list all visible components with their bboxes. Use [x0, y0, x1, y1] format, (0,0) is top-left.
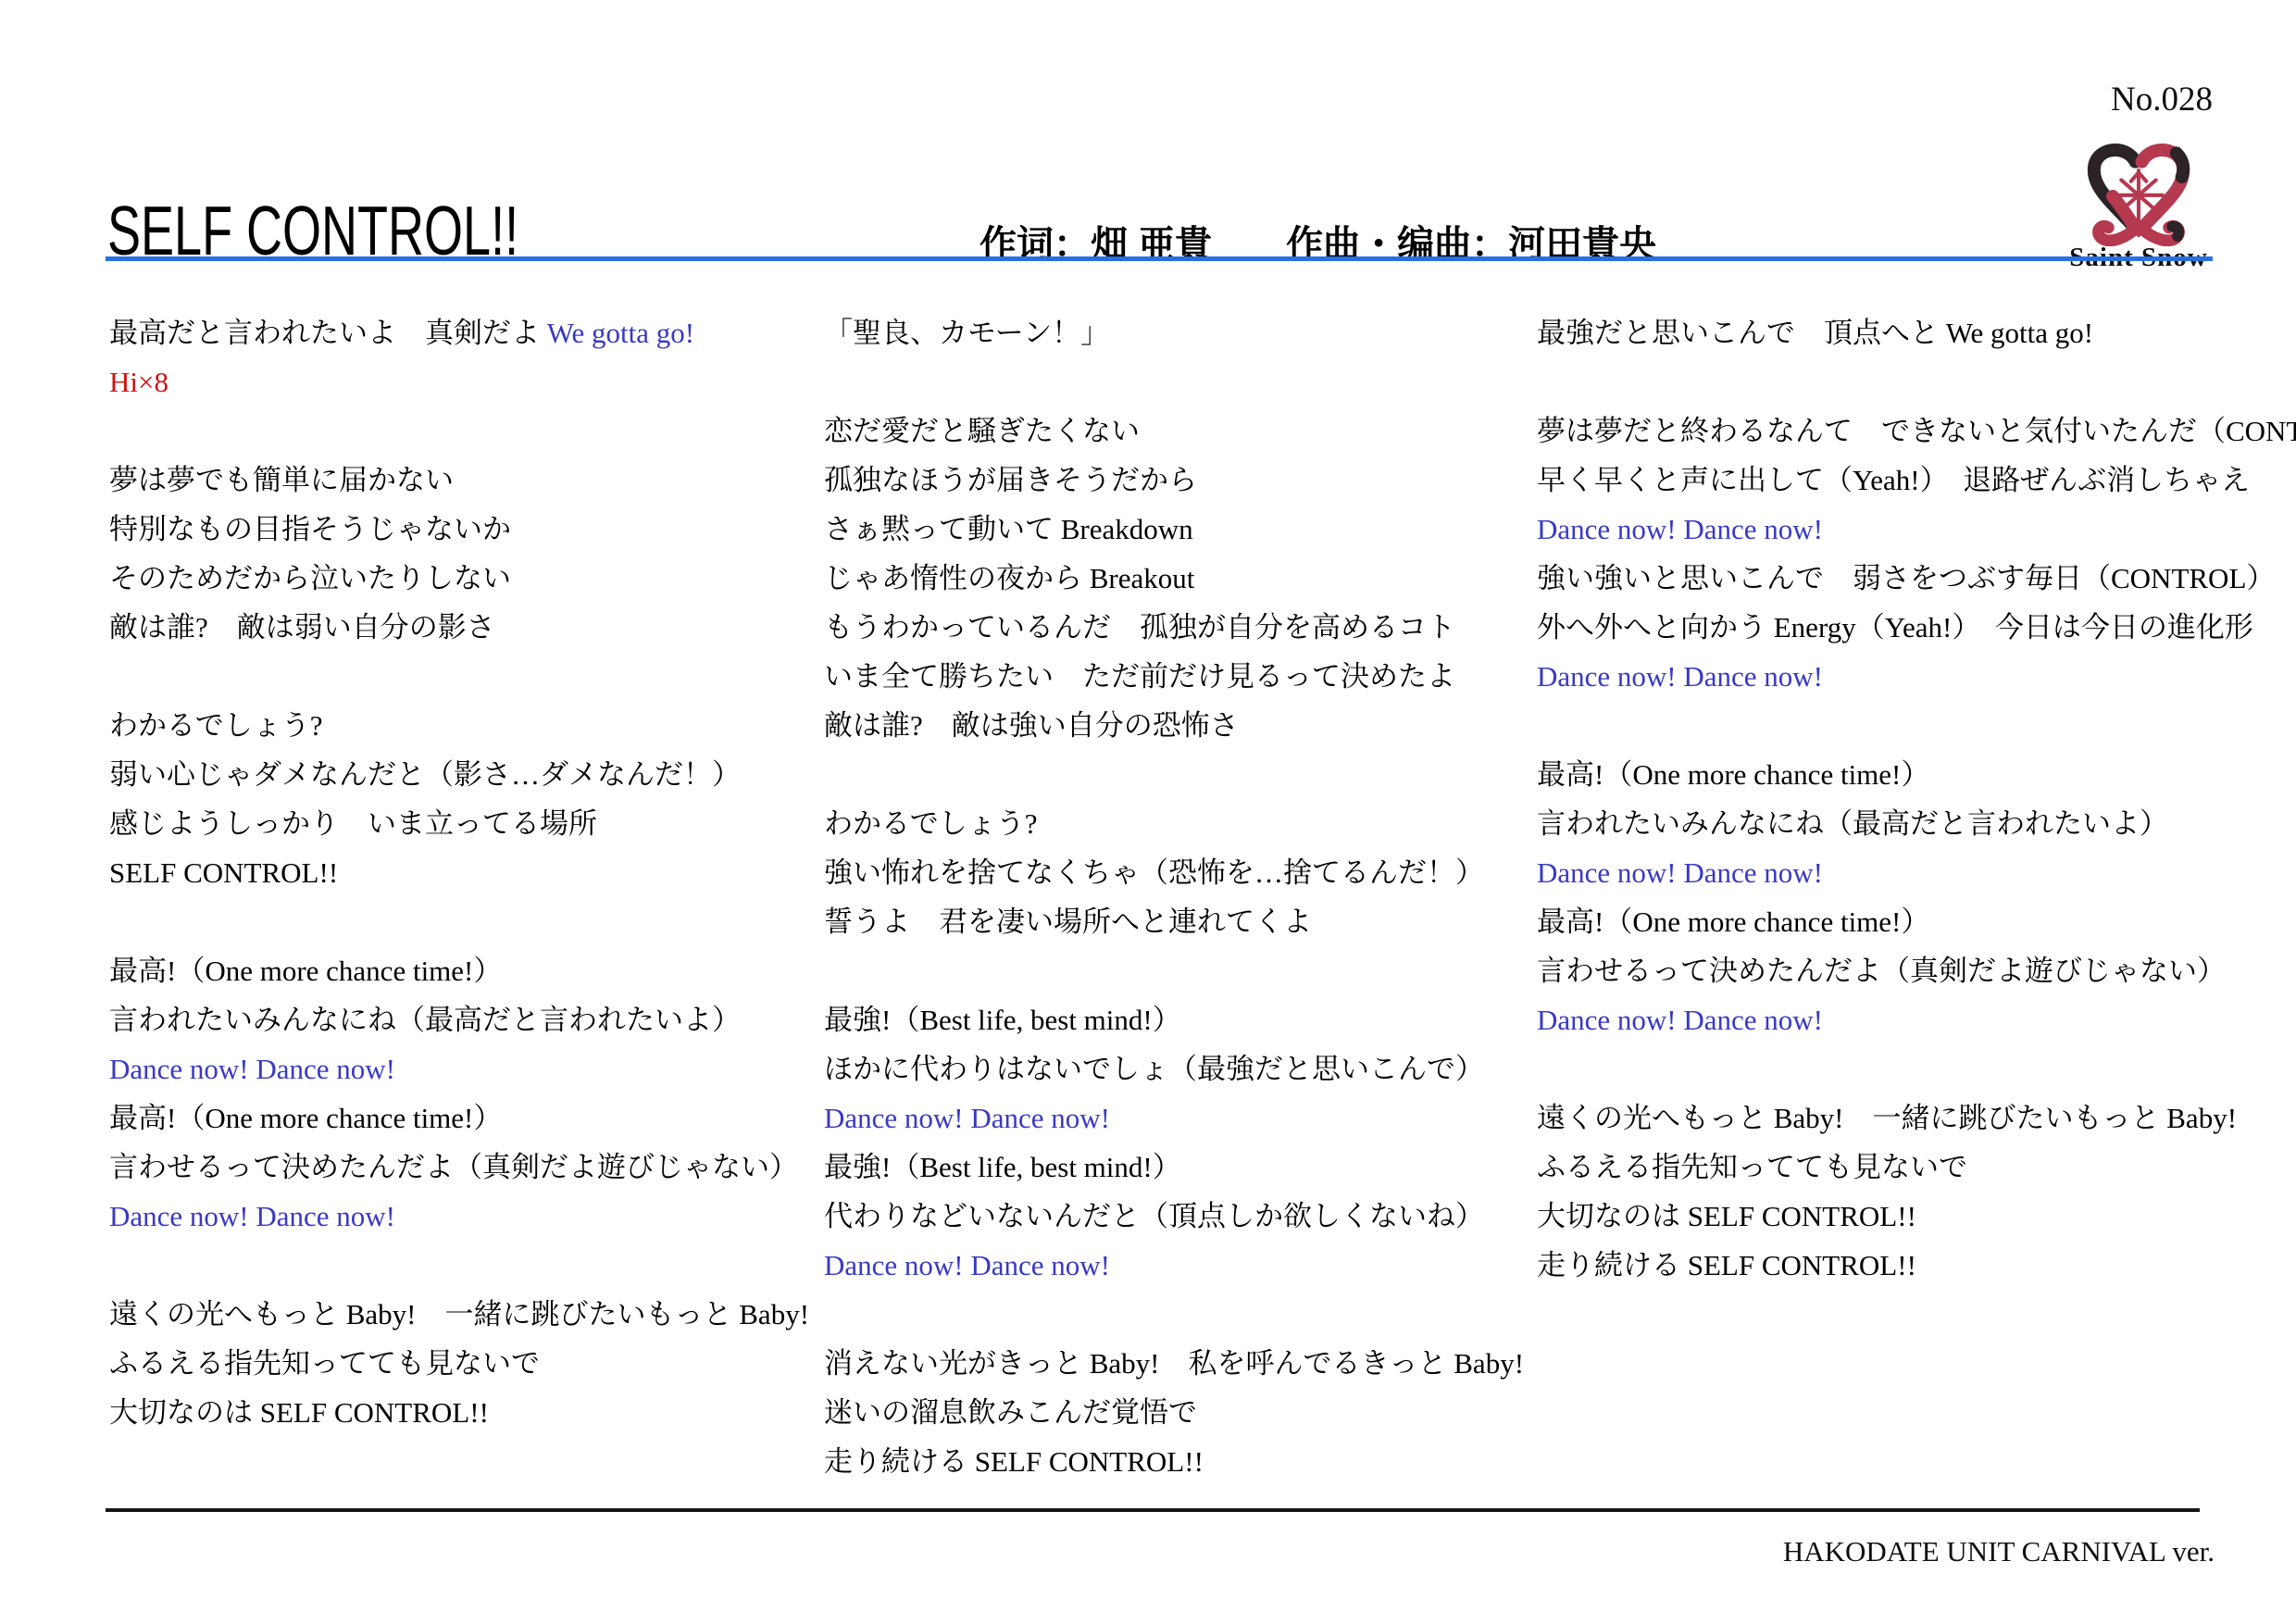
lyric-line-blank	[109, 652, 809, 701]
lyric-segment: 早く早くと声に出して（Yeah!） 退路ぜんぶ消しちゃえ	[1537, 464, 2250, 496]
lyric-line: 走り続ける SELF CONTROL!!	[1537, 1241, 2296, 1290]
lyric-segment: 言われたいみんなにね（最高だと言われたいよ）	[1537, 807, 2168, 840]
title-rule	[106, 256, 2213, 261]
lyrics-column-1: 最高だと言われたいよ 真剣だよ We gotta go!Hi×8夢は夢でも簡単に…	[109, 308, 809, 1437]
lyric-segment: 恋だ愛だと騒ぎたくない	[824, 415, 1140, 447]
lyric-segment: Dance now! Dance now!	[109, 1053, 395, 1085]
lyric-line: 「聖良、カモーン！」	[824, 308, 1524, 357]
lyric-line: 言われたいみんなにね（最高だと言われたいよ）	[109, 995, 809, 1044]
lyric-line: 遠くの光へもっと Baby! 一緒に跳びたいもっと Baby!	[109, 1290, 809, 1339]
lyric-segment: わかるでしょう?	[824, 807, 1037, 840]
lyric-line: 強い怖れを捨てなくちゃ（恐怖を…捨てるんだ！）	[824, 848, 1524, 897]
lyric-line: 迷いの溜息飲みこんだ覚悟で	[824, 1388, 1524, 1437]
lyric-segment: そのためだから泣いたりしない	[109, 562, 511, 594]
lyric-line: 強い強いと思いこんで 弱さをつぶす毎日（CONTROL）	[1537, 554, 2296, 603]
lyric-line: 最高!（One more chance time!）	[1537, 897, 2296, 946]
lyric-line: 最高!（One more chance time!）	[1537, 750, 2296, 799]
lyric-segment: 最高だと言われたいよ 真剣だよ	[109, 317, 547, 349]
lyric-line: Dance now! Dance now!	[1537, 995, 2296, 1044]
lyric-segment: 最高!（One more chance time!）	[109, 955, 502, 987]
lyric-line: わかるでしょう?	[824, 799, 1524, 848]
lyric-line-blank	[1537, 357, 2296, 406]
lyric-segment: Dance now! Dance now!	[1537, 1004, 1823, 1036]
lyric-segment: 感じようしっかり いま立ってる場所	[109, 807, 597, 840]
lyric-segment: ふるえる指先知ってても見ないで	[1537, 1151, 1967, 1183]
lyric-line: 夢は夢でも簡単に届かない	[109, 456, 809, 505]
lyric-segment: 最強!（Best life, best mind!）	[824, 1004, 1181, 1036]
lyric-line: 恋だ愛だと騒ぎたくない	[824, 406, 1524, 456]
lyric-line: Dance now! Dance now!	[824, 1093, 1524, 1143]
lyric-line-blank	[109, 406, 809, 456]
lyric-line-blank	[824, 1290, 1524, 1339]
lyrics-column-3: 最強だと思いこんで 頂点へと We gotta go!夢は夢だと終わるなんて で…	[1537, 308, 2296, 1290]
lyric-segment: 言われたいみんなにね（最高だと言われたいよ）	[109, 1004, 741, 1036]
lyric-line: 感じようしっかり いま立ってる場所	[109, 799, 809, 848]
lyric-segment: 最高!（One more chance time!）	[1537, 906, 1929, 938]
lyric-line: Dance now! Dance now!	[824, 1241, 1524, 1290]
lyric-segment: 強い怖れを捨てなくちゃ（恐怖を…捨てるんだ！）	[824, 856, 1484, 889]
lyric-line: もうわかっているんだ 孤独が自分を高めるコト	[824, 603, 1524, 652]
lyric-line: 言われたいみんなにね（最高だと言われたいよ）	[1537, 799, 2296, 848]
lyric-segment: Hi×8	[109, 366, 168, 398]
lyric-line: 特別なもの目指そうじゃないか	[109, 505, 809, 554]
lyric-line: 消えない光がきっと Baby! 私を呼んでるきっと Baby!	[824, 1339, 1524, 1388]
lyric-line: 敵は誰? 敵は弱い自分の影さ	[109, 603, 809, 652]
lyric-line: 代わりなどいないんだと（頂点しか欲しくないね）	[824, 1192, 1524, 1241]
lyric-line: 遠くの光へもっと Baby! 一緒に跳びたいもっと Baby!	[1537, 1093, 2296, 1143]
lyric-line: いま全て勝ちたい ただ前だけ見るって決めたよ	[824, 652, 1524, 701]
lyric-line: 最高!（One more chance time!）	[109, 1093, 809, 1143]
lyric-segment: 最強だと思いこんで 頂点へと We gotta go!	[1537, 317, 2093, 349]
footer-rule	[106, 1508, 2200, 1512]
lyric-segment: We gotta go!	[547, 317, 694, 349]
lyric-line: SELF CONTROL!!	[109, 848, 809, 897]
lyric-line-blank	[109, 1241, 809, 1290]
lyric-line: Dance now! Dance now!	[1537, 652, 2296, 701]
lyric-segment: Dance now! Dance now!	[1537, 513, 1823, 545]
lyric-line: Dance now! Dance now!	[109, 1192, 809, 1241]
lyric-line: 最高!（One more chance time!）	[109, 946, 809, 995]
lyric-line: じゃあ惰性の夜から Breakout	[824, 554, 1524, 603]
lyric-line: そのためだから泣いたりしない	[109, 554, 809, 603]
lyric-segment: さぁ黙って動いて Breakdown	[824, 513, 1193, 545]
lyric-line-blank	[824, 750, 1524, 799]
saint-snow-logo: Saint Snow	[2065, 133, 2213, 273]
lyric-segment: 特別なもの目指そうじゃないか	[109, 513, 511, 545]
lyric-segment: 敵は誰? 敵は強い自分の恐怖さ	[824, 709, 1239, 742]
lyric-segment: 夢は夢でも簡単に届かない	[109, 464, 454, 496]
lyric-line: わかるでしょう?	[109, 701, 809, 750]
lyric-segment: Dance now! Dance now!	[824, 1102, 1110, 1134]
lyric-line: ふるえる指先知ってても見ないで	[1537, 1143, 2296, 1192]
lyric-line: 言わせるって決めたんだよ（真剣だよ遊びじゃない）	[1537, 946, 2296, 995]
lyric-line: ふるえる指先知ってても見ないで	[109, 1339, 809, 1388]
lyric-segment: いま全て勝ちたい ただ前だけ見るって決めたよ	[824, 660, 1455, 693]
lyric-line: 最強!（Best life, best mind!）	[824, 995, 1524, 1044]
lyric-line: 弱い心じゃダメなんだと（影さ…ダメなんだ！）	[109, 750, 809, 799]
lyric-line: 外へ外へと向かう Energy（Yeah!） 今日は今日の進化形	[1537, 603, 2296, 652]
saint-snow-heart-snowflake-icon	[2074, 133, 2203, 246]
lyric-segment: Dance now! Dance now!	[1537, 660, 1823, 693]
lyric-line: 言わせるって決めたんだよ（真剣だよ遊びじゃない）	[109, 1143, 809, 1192]
lyric-line: 最強!（Best life, best mind!）	[824, 1143, 1524, 1192]
lyric-segment: 夢は夢だと終わるなんて できないと気付いたんだ（CONTROL）	[1537, 415, 2296, 447]
lyric-segment: Dance now! Dance now!	[824, 1249, 1110, 1281]
lyric-segment: 最強!（Best life, best mind!）	[824, 1151, 1181, 1183]
footer-version: HAKODATE UNIT CARNIVAL ver.	[1783, 1535, 2215, 1568]
lyric-line-blank	[1537, 701, 2296, 750]
lyric-segment: 言わせるって決めたんだよ（真剣だよ遊びじゃない）	[1537, 955, 2226, 987]
lyric-segment: 遠くの光へもっと Baby! 一緒に跳びたいもっと Baby!	[109, 1298, 809, 1330]
lyric-segment: 最高!（One more chance time!）	[109, 1102, 502, 1134]
lyric-line-blank	[824, 946, 1524, 995]
lyric-line: 孤独なほうが届きそうだから	[824, 456, 1524, 505]
lyric-segment: 最高!（One more chance time!）	[1537, 758, 1929, 791]
lyric-segment: SELF CONTROL!!	[109, 856, 338, 889]
lyrics-column-2: 「聖良、カモーン！」恋だ愛だと騒ぎたくない孤独なほうが届きそうだからさぁ黙って動…	[824, 308, 1524, 1486]
lyric-segment: 孤独なほうが届きそうだから	[824, 464, 1197, 496]
lyric-line-blank	[824, 357, 1524, 406]
lyric-segment: 消えない光がきっと Baby! 私を呼んでるきっと Baby!	[824, 1347, 1524, 1380]
lyric-segment: 走り続ける SELF CONTROL!!	[824, 1445, 1204, 1478]
lyric-segment: 誓うよ 君を凄い場所へと連れてくよ	[824, 906, 1312, 938]
lyric-line: 敵は誰? 敵は強い自分の恐怖さ	[824, 701, 1524, 750]
lyric-line: 誓うよ 君を凄い場所へと連れてくよ	[824, 897, 1524, 946]
lyric-line: Hi×8	[109, 357, 809, 406]
lyric-segment: じゃあ惰性の夜から Breakout	[824, 562, 1194, 594]
lyric-segment: 「聖良、カモーン！」	[824, 317, 1109, 349]
lyric-line: 大切なのは SELF CONTROL!!	[109, 1388, 809, 1437]
lyric-line: Dance now! Dance now!	[1537, 848, 2296, 897]
lyric-segment: 強い強いと思いこんで 弱さをつぶす毎日（CONTROL）	[1537, 562, 2275, 594]
lyric-line: Dance now! Dance now!	[109, 1044, 809, 1093]
lyric-segment: 外へ外へと向かう Energy（Yeah!） 今日は今日の進化形	[1537, 611, 2253, 643]
lyric-line: 最高だと言われたいよ 真剣だよ We gotta go!	[109, 308, 809, 357]
lyric-segment: 遠くの光へもっと Baby! 一緒に跳びたいもっと Baby!	[1537, 1102, 2237, 1134]
lyric-segment: 弱い心じゃダメなんだと（影さ…ダメなんだ！）	[109, 758, 741, 791]
lyric-line: 最強だと思いこんで 頂点へと We gotta go!	[1537, 308, 2296, 357]
lyric-line: 走り続ける SELF CONTROL!!	[824, 1437, 1524, 1486]
lyric-line: Dance now! Dance now!	[1537, 505, 2296, 554]
lyric-line: ほかに代わりはないでしょ（最強だと思いこんで）	[824, 1044, 1524, 1093]
lyric-segment: Dance now! Dance now!	[1537, 856, 1823, 889]
lyric-segment: もうわかっているんだ 孤独が自分を高めるコト	[824, 611, 1455, 643]
lyric-segment: ほかに代わりはないでしょ（最強だと思いこんで）	[824, 1053, 1484, 1085]
lyric-line-blank	[1537, 1044, 2296, 1093]
lyric-segment: ふるえる指先知ってても見ないで	[109, 1347, 540, 1380]
lyric-line: 夢は夢だと終わるなんて できないと気付いたんだ（CONTROL）	[1537, 406, 2296, 456]
lyrics-sheet-page: No.028 Saint Snow SELF CONTROL!! 作词：畑 亜貴	[0, 0, 2296, 1624]
lyric-segment: Dance now! Dance now!	[109, 1200, 395, 1232]
lyric-line: さぁ黙って動いて Breakdown	[824, 505, 1524, 554]
sheet-number: No.028	[2111, 80, 2213, 119]
lyric-line: 早く早くと声に出して（Yeah!） 退路ぜんぶ消しちゃえ	[1537, 456, 2296, 505]
lyric-segment: 迷いの溜息飲みこんだ覚悟で	[824, 1396, 1197, 1429]
lyric-segment: 敵は誰? 敵は弱い自分の影さ	[109, 611, 495, 643]
lyric-line: 大切なのは SELF CONTROL!!	[1537, 1192, 2296, 1241]
lyric-segment: 言わせるって決めたんだよ（真剣だよ遊びじゃない）	[109, 1151, 798, 1183]
lyric-segment: 大切なのは SELF CONTROL!!	[1537, 1200, 1916, 1232]
lyric-line-blank	[109, 897, 809, 946]
lyric-segment: 大切なのは SELF CONTROL!!	[109, 1396, 489, 1429]
lyric-segment: 走り続ける SELF CONTROL!!	[1537, 1249, 1916, 1281]
lyric-segment: 代わりなどいないんだと（頂点しか欲しくないね）	[824, 1200, 1484, 1232]
lyric-segment: わかるでしょう?	[109, 709, 322, 742]
